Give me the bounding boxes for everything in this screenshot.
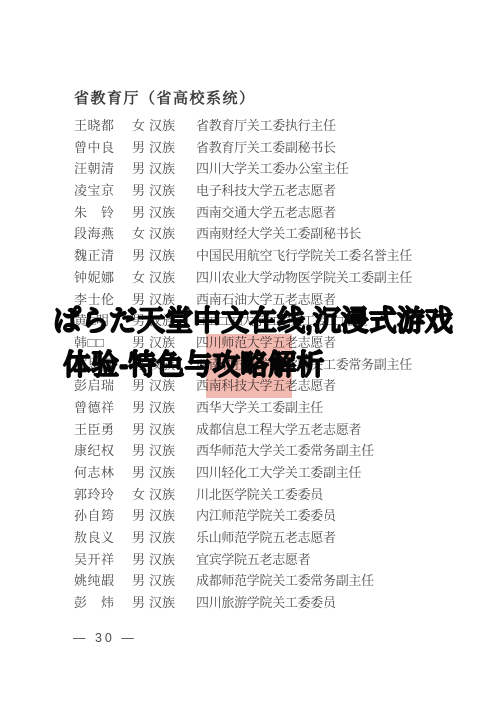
person-gender: 男 (132, 245, 148, 267)
person-role: 成都师范学院关工委常务副主任 (196, 570, 374, 592)
table-row: 王晓都 女 汉族 省教育厅关工委执行主任 (74, 115, 474, 137)
table-row: 姚纯嘏 男 汉族 成都师范学院关工委常务副主任 (74, 570, 474, 592)
person-name: 段海燕 (74, 223, 132, 245)
person-ethnicity: 汉族 (149, 180, 186, 202)
table-row: 汪朝清 男 汉族 四川大学关工委办公室主任 (74, 158, 474, 180)
page-number: — 30 — (73, 631, 137, 645)
person-name: 魏正清 (74, 245, 132, 267)
overlay-title-line2: 体验-特色与攻略解析 (63, 343, 324, 383)
person-ethnicity: 汉族 (149, 570, 186, 592)
person-gender: 男 (132, 202, 148, 224)
person-name: 王晓都 (74, 115, 132, 137)
person-name: 何志林 (74, 462, 132, 484)
person-name: 王臣勇 (74, 419, 132, 441)
person-name: 曾德祥 (74, 397, 132, 419)
table-row: 曾中良 男 汉族 省教育厅关工委副秘书长 (74, 137, 474, 159)
table-row: 朱 铃 男 汉族 西南交通大学五老志愿者 (74, 202, 474, 224)
person-role: 省教育厅关工委执行主任 (196, 115, 336, 137)
person-gender: 男 (132, 397, 148, 419)
table-row: 孙自筠 男 汉族 内江师范学院关工委委员 (74, 505, 474, 527)
person-role: 中国民用航空飞行学院关工委名誉主任 (196, 245, 412, 267)
person-gender: 男 (132, 180, 148, 202)
person-ethnicity: 汉族 (149, 505, 186, 527)
person-name: 凌宝京 (74, 180, 132, 202)
person-role: 四川旅游学院关工委委员 (196, 592, 336, 614)
table-row: 凌宝京 男 汉族 电子科技大学五老志愿者 (74, 180, 474, 202)
table-row: 康纪权 男 汉族 西华师范大学关工委常务副主任 (74, 440, 474, 462)
person-gender: 男 (132, 137, 148, 159)
person-gender: 男 (132, 549, 148, 571)
person-gender: 女 (132, 267, 148, 289)
person-name: 朱 铃 (74, 202, 132, 224)
table-row: 曾德祥 男 汉族 西华大学关工委副主任 (74, 397, 474, 419)
person-ethnicity: 汉族 (149, 137, 186, 159)
person-role: 西华大学关工委副主任 (196, 397, 323, 419)
person-ethnicity: 汉族 (149, 440, 186, 462)
person-name: 郭玲玲 (74, 484, 132, 506)
person-role: 川北医学院关工委委员 (196, 484, 323, 506)
overlay-title-line1: ぱらだ天堂中文在线,沉浸式游戏 (53, 299, 453, 339)
person-ethnicity: 汉族 (149, 115, 186, 137)
table-row: 何志林 男 汉族 四川轻化工大学关工委副主任 (74, 462, 474, 484)
table-row: 敖良义 男 汉族 乐山师范学院五老志愿者 (74, 527, 474, 549)
person-ethnicity: 汉族 (149, 484, 186, 506)
section-heading: 省教育厅（省高校系统） (74, 87, 256, 108)
person-name: 敖良义 (74, 527, 132, 549)
person-role: 宜宾学院五老志愿者 (196, 549, 310, 571)
person-gender: 女 (132, 223, 148, 245)
person-ethnicity: 汉族 (149, 158, 186, 180)
scanned-document-page: 省教育厅（省高校系统） 王晓都 女 汉族 省教育厅关工委执行主任 曾中良 男 汉… (0, 0, 500, 707)
person-role: 西南财经大学关工委副秘书长 (196, 223, 361, 245)
person-role: 乐山师范学院五老志愿者 (196, 527, 336, 549)
person-ethnicity: 汉族 (149, 527, 186, 549)
person-ethnicity: 汉族 (149, 397, 186, 419)
person-ethnicity: 汉族 (149, 202, 186, 224)
table-row: 吴开祥 男 汉族 宜宾学院五老志愿者 (74, 549, 474, 571)
person-role: 四川轻化工大学关工委副主任 (196, 462, 361, 484)
person-role: 西华师范大学关工委常务副主任 (196, 440, 374, 462)
person-ethnicity: 汉族 (149, 462, 186, 484)
person-name: 曾中良 (74, 137, 132, 159)
person-ethnicity: 汉族 (149, 267, 186, 289)
person-name: 汪朝清 (74, 158, 132, 180)
person-name: 孙自筠 (74, 505, 132, 527)
person-gender: 男 (132, 158, 148, 180)
person-role: 四川大学关工委办公室主任 (196, 158, 348, 180)
table-row: 段海燕 女 汉族 西南财经大学关工委副秘书长 (74, 223, 474, 245)
person-gender: 男 (132, 419, 148, 441)
person-role: 西南交通大学五老志愿者 (196, 202, 336, 224)
person-ethnicity: 汉族 (149, 245, 186, 267)
person-gender: 男 (132, 592, 148, 614)
person-ethnicity: 汉族 (149, 223, 186, 245)
person-role: 电子科技大学五老志愿者 (196, 180, 336, 202)
person-gender: 男 (132, 527, 148, 549)
person-gender: 男 (132, 570, 148, 592)
person-gender: 男 (132, 462, 148, 484)
table-row: 王臣勇 男 汉族 成都信息工程大学五老志愿者 (74, 419, 474, 441)
person-name: 康纪权 (74, 440, 132, 462)
table-row: 彭 炜 男 汉族 四川旅游学院关工委委员 (74, 592, 474, 614)
person-gender: 女 (132, 115, 148, 137)
person-role: 省教育厅关工委副秘书长 (196, 137, 336, 159)
person-name: 彭 炜 (74, 592, 132, 614)
person-role: 成都信息工程大学五老志愿者 (196, 419, 361, 441)
person-role: 内江师范学院关工委委员 (196, 505, 336, 527)
person-gender: 男 (132, 440, 148, 462)
person-gender: 女 (132, 484, 148, 506)
person-name: 吴开祥 (74, 549, 132, 571)
person-ethnicity: 汉族 (149, 419, 186, 441)
person-role: 四川农业大学动物医学院关工委副主任 (196, 267, 412, 289)
person-name: 姚纯嘏 (74, 570, 132, 592)
person-gender: 男 (132, 505, 148, 527)
person-ethnicity: 汉族 (149, 549, 186, 571)
person-ethnicity: 汉族 (149, 592, 186, 614)
person-name: 钟妮娜 (74, 267, 132, 289)
table-row: 郭玲玲 女 汉族 川北医学院关工委委员 (74, 484, 474, 506)
table-row: 钟妮娜 女 汉族 四川农业大学动物医学院关工委副主任 (74, 267, 474, 289)
table-row: 魏正清 男 汉族 中国民用航空飞行学院关工委名誉主任 (74, 245, 474, 267)
